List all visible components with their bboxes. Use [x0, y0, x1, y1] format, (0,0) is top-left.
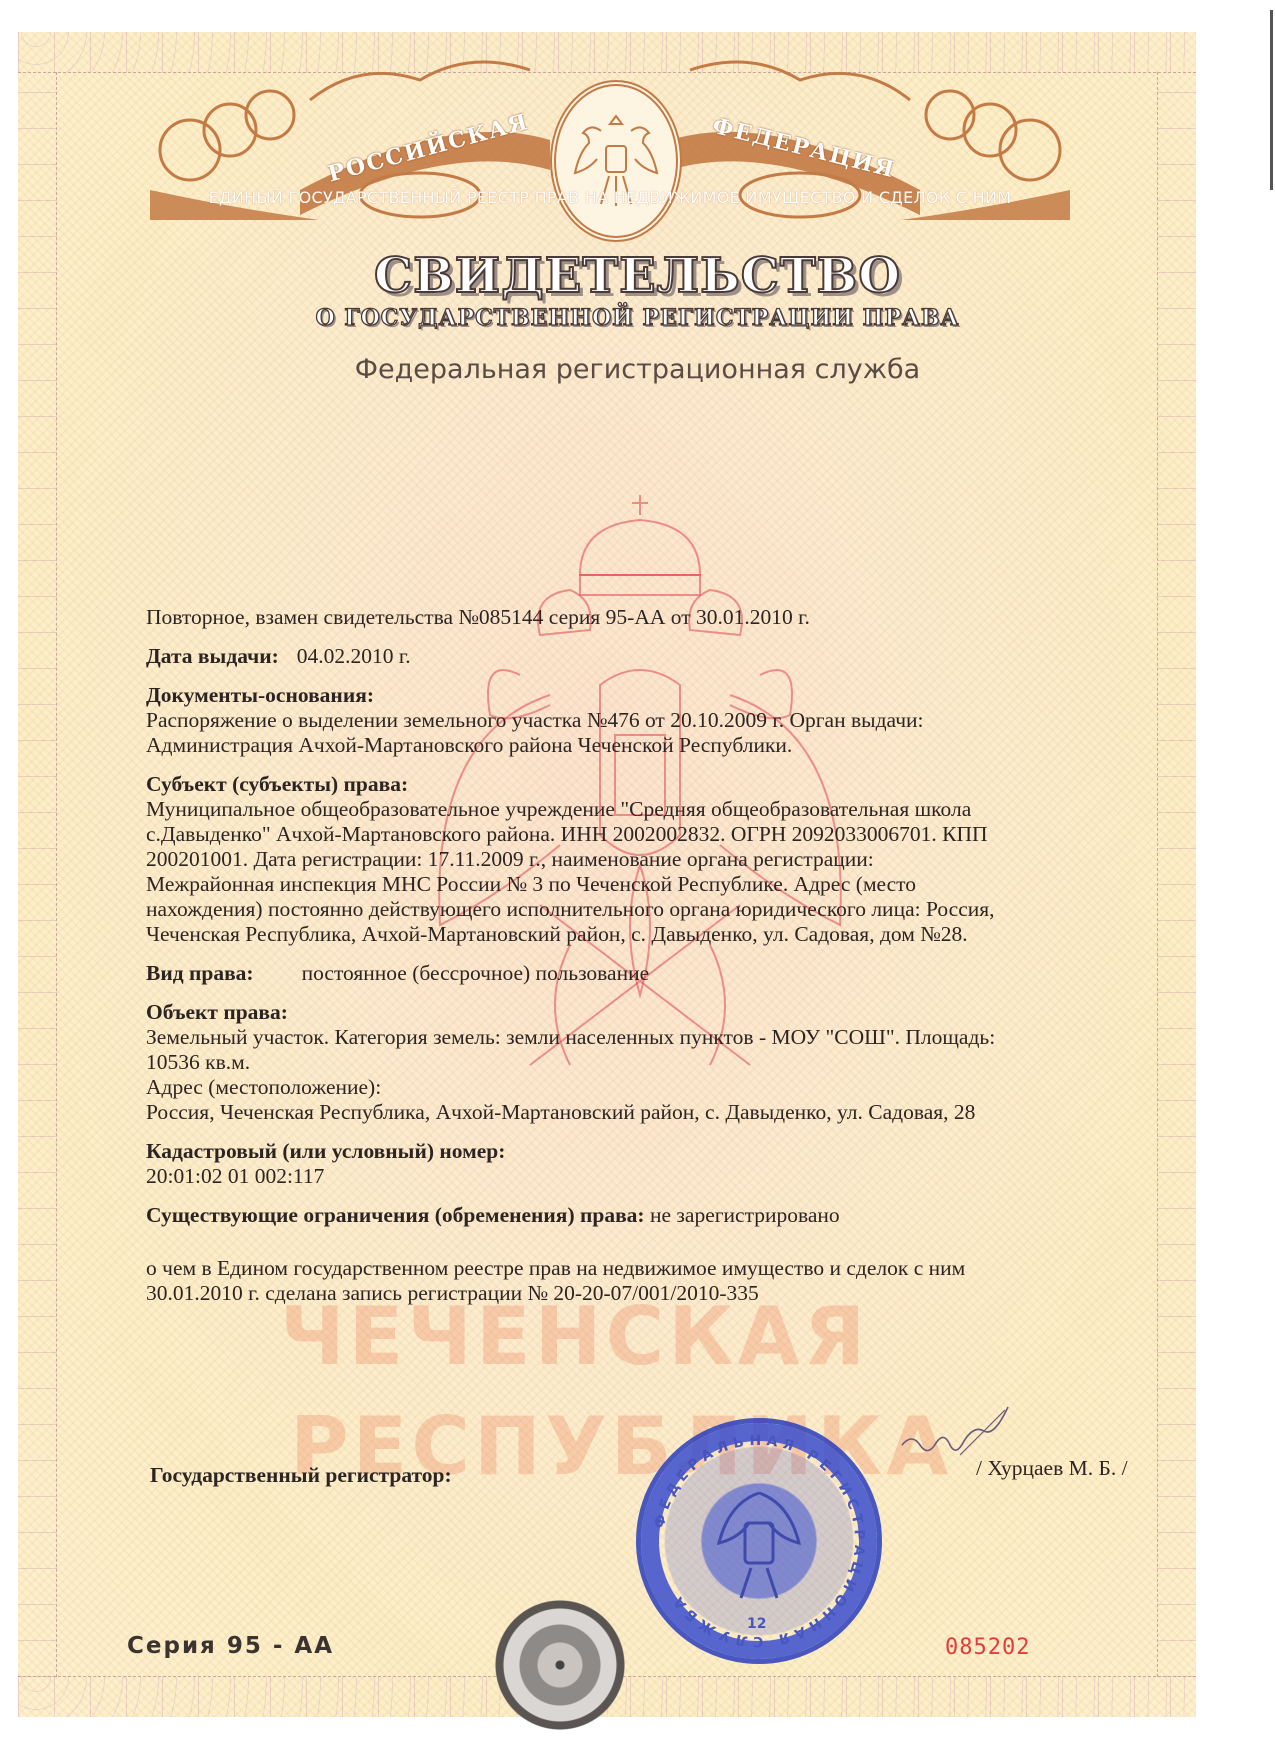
- issue-date-value: 04.02.2010 г.: [297, 644, 411, 668]
- subjects-line: Чеченская Республика, Ачхой-Мартановский…: [146, 922, 1136, 947]
- basis-documents-line: Администрация Ачхой-Мартановского района…: [146, 733, 1136, 758]
- replacement-note: Повторное, взамен свидетельства №085144 …: [146, 605, 1136, 630]
- subjects-line: Межрайонная инспекция МНС России № 3 по …: [146, 872, 1136, 897]
- document-subtitle: О ГОСУДАРСТВЕННОЙ РЕГИСТРАЦИИ ПРАВА: [0, 305, 1275, 331]
- right-type-label: Вид права:: [146, 961, 254, 985]
- subjects-line: с.Давыденко" Ачхой-Мартановского района.…: [146, 822, 1136, 847]
- object-line: 10536 кв.м.: [146, 1050, 1136, 1075]
- basis-documents-label: Документы-основания:: [146, 683, 1136, 708]
- hologram-sticker: [490, 1590, 630, 1740]
- ribbon-text-bottom: ЕДИНЫЙ ГОСУДАРСТВЕННЫЙ РЕЕСТР ПРАВ НА НЕ…: [160, 188, 1060, 207]
- object-label: Объект права:: [146, 1000, 1136, 1025]
- form-series: Серия 95 - АА: [127, 1633, 334, 1659]
- registry-record-line: о чем в Едином государственном реестре п…: [146, 1256, 1136, 1281]
- subjects-line: Муниципальное общеобразовательное учрежд…: [146, 797, 1136, 822]
- subjects-line: нахождения) постоянно действующего испол…: [146, 897, 1136, 922]
- object-line: Адрес (местоположение):: [146, 1075, 1136, 1100]
- header-emblem: РОССИЙСКАЯ ФЕДЕРАЦИЯ ЕДИНЫЙ ГОСУДАРСТВЕН…: [120, 40, 1100, 220]
- encumbrances-row: Существующие ограничения (обременения) п…: [146, 1203, 1136, 1228]
- official-seal-stamp: ФЕДЕРАЛЬНАЯ РЕГИСТРАЦИОННАЯ СЛУЖБА 12: [636, 1418, 882, 1664]
- right-type-value: постоянное (бессрочное) пользование: [302, 961, 650, 985]
- subjects-label: Субъект (субъекты) права:: [146, 772, 1136, 797]
- subjects-line: 200201001. Дата регистрации: 17.11.2009 …: [146, 847, 1136, 872]
- right-type-row: Вид права:постоянное (бессрочное) пользо…: [146, 961, 1136, 986]
- registry-record-line: 30.01.2010 г. сделана запись регистрации…: [146, 1281, 1136, 1306]
- object-line: Земельный участок. Категория земель: зем…: [146, 1025, 1136, 1050]
- certificate-body: Повторное, взамен свидетельства №085144 …: [146, 605, 1136, 1306]
- form-number: 085202: [945, 1635, 1030, 1660]
- registrar-label: Государственный регистратор:: [150, 1463, 452, 1488]
- document-title: СВИДЕТЕЛЬСТВО: [0, 248, 1275, 304]
- issue-date-label: Дата выдачи:: [146, 644, 279, 668]
- scan-edge: [1270, 10, 1273, 190]
- cadastral-label: Кадастровый (или условный) номер:: [146, 1139, 1136, 1164]
- encumbrances-label: Существующие ограничения (обременения) п…: [146, 1203, 645, 1227]
- emblem-oval: [550, 80, 682, 242]
- object-line: Россия, Чеченская Республика, Ачхой-Март…: [146, 1100, 1136, 1125]
- cadastral-value: 20:01:02 01 002:117: [146, 1164, 1136, 1189]
- registrar-name: / Хурцаев М. Б. /: [976, 1456, 1128, 1481]
- svg-text:12: 12: [747, 1616, 766, 1632]
- encumbrances-value: не зарегистрировано: [650, 1203, 840, 1227]
- issue-date-row: Дата выдачи:04.02.2010 г.: [146, 644, 1136, 669]
- basis-documents-line: Распоряжение о выделении земельного учас…: [146, 708, 1136, 733]
- seal-eagle-icon: ФЕДЕРАЛЬНАЯ РЕГИСТРАЦИОННАЯ СЛУЖБА 12: [641, 1423, 877, 1659]
- issuing-service: Федеральная регистрационная служба: [0, 354, 1275, 385]
